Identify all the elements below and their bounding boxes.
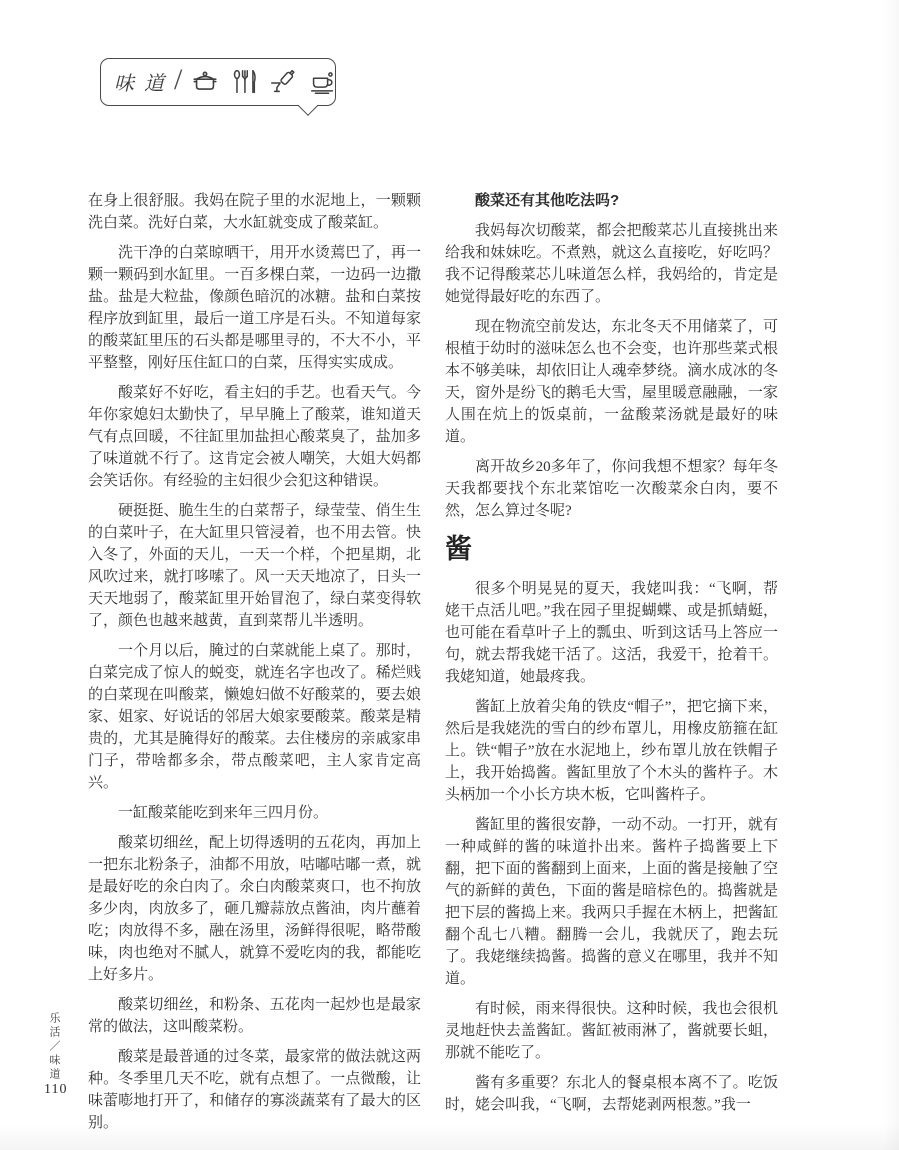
paragraph: 离开故乡20多年了，你问我想不想家？每年冬天我都要找个东北菜馆吃一次酸菜氽白肉，…	[445, 456, 778, 522]
pot-icon	[190, 67, 220, 97]
paragraph: 在身上很舒服。我妈在院子里的水泥地上，一颗颗洗白菜。洗好白菜，大水缸就变成了酸菜…	[88, 190, 421, 234]
logo-slash: /	[174, 63, 182, 97]
right-column: 酸菜还有其他吃法吗? 我妈每次切酸菜，都会把酸菜芯儿直接挑出来给我和妹妹吃。不煮…	[445, 190, 778, 1124]
paragraph: 一缸酸菜能吃到来年三四月份。	[88, 802, 421, 824]
page-edge-shade-right	[883, 0, 899, 1150]
pouring-bottle-icon	[268, 67, 298, 97]
paragraph: 酱缸上放着尖角的铁皮“帽子”，把它摘下来，然后是我姥洗的雪白的纱布罩儿，用橡皮筋…	[445, 696, 778, 806]
paragraph: 有时候，雨来得很快。这种时候，我也会很机灵地赶快去盖酱缸。酱缸被雨淋了，酱就要长…	[445, 998, 778, 1064]
paragraph: 一个月以后，腌过的白菜就能上桌了。那时，白菜完成了惊人的蜕变，就连名字也改了。稀…	[88, 640, 421, 794]
left-column: 在身上很舒服。我妈在院子里的水泥地上，一颗颗洗白菜。洗好白菜，大水缸就变成了酸菜…	[88, 190, 421, 1142]
paragraph: 酱缸里的酱很安静，一动不动。一打开，就有一种咸鲜的酱的味道扑出来。酱杵子捣酱要上…	[445, 814, 778, 990]
paragraph: 酸菜是最普通的过冬菜，最家常的做法就这两种。冬季里几天不吃，就有点想了。一点微酸…	[88, 1046, 421, 1134]
logo-bubble-tail	[298, 96, 318, 116]
folio-section-label: 乐活／味道	[46, 1012, 62, 1082]
logo-icon-row	[190, 67, 337, 97]
magazine-page: 味道 /	[0, 0, 899, 1150]
paragraph: 酸菜好不好吃，看主妇的手艺。也看天气。今年你家媳妇太勤快了，早早腌上了酸菜，谁知…	[88, 382, 421, 492]
paragraph: 现在物流空前发达，东北冬天不用储菜了，可根植于幼时的滋味怎么也不会变，也许那些菜…	[445, 316, 778, 448]
interview-question: 酸菜还有其他吃法吗?	[445, 190, 778, 212]
paragraph: 酸菜切细丝，和粉条、五花肉一起炒也是最家常的做法，这叫酸菜粉。	[88, 994, 421, 1038]
paragraph: 酸菜切细丝，配上切得透明的五花肉，再加上一把东北粉条子，油都不用放，咕嘟咕嘟一煮…	[88, 832, 421, 986]
paragraph: 酱有多重要？东北人的餐桌根本离不了。吃饭时，姥会叫我，“飞啊，去帮姥剥两根葱。”…	[445, 1072, 778, 1116]
page-number: 110	[44, 1082, 67, 1098]
section-logo-bubble: 味道 /	[100, 58, 336, 106]
paragraph: 很多个明晃晃的夏天，我姥叫我：“飞啊，帮姥干点活儿吧。”我在园子里捉蝴蝶、或是抓…	[445, 578, 778, 688]
logo-text: 味道	[114, 67, 174, 96]
paragraph: 我妈每次切酸菜，都会把酸菜芯儿直接挑出来给我和妹妹吃。不煮熟，就这么直接吃，好吃…	[445, 220, 778, 308]
section-heading: 酱	[445, 534, 778, 564]
teacup-icon	[307, 67, 337, 97]
paragraph: 洗干净的白菜晾晒干，用开水烫蔫巴了，再一颗一颗码到水缸里。一百多棵白菜，一边码一…	[88, 242, 421, 374]
paragraph: 硬挺挺、脆生生的白菜帮子，绿莹莹、俏生生的白菜叶子，在大缸里只管浸着，也不用去管…	[88, 500, 421, 632]
cutlery-icon	[229, 67, 259, 97]
